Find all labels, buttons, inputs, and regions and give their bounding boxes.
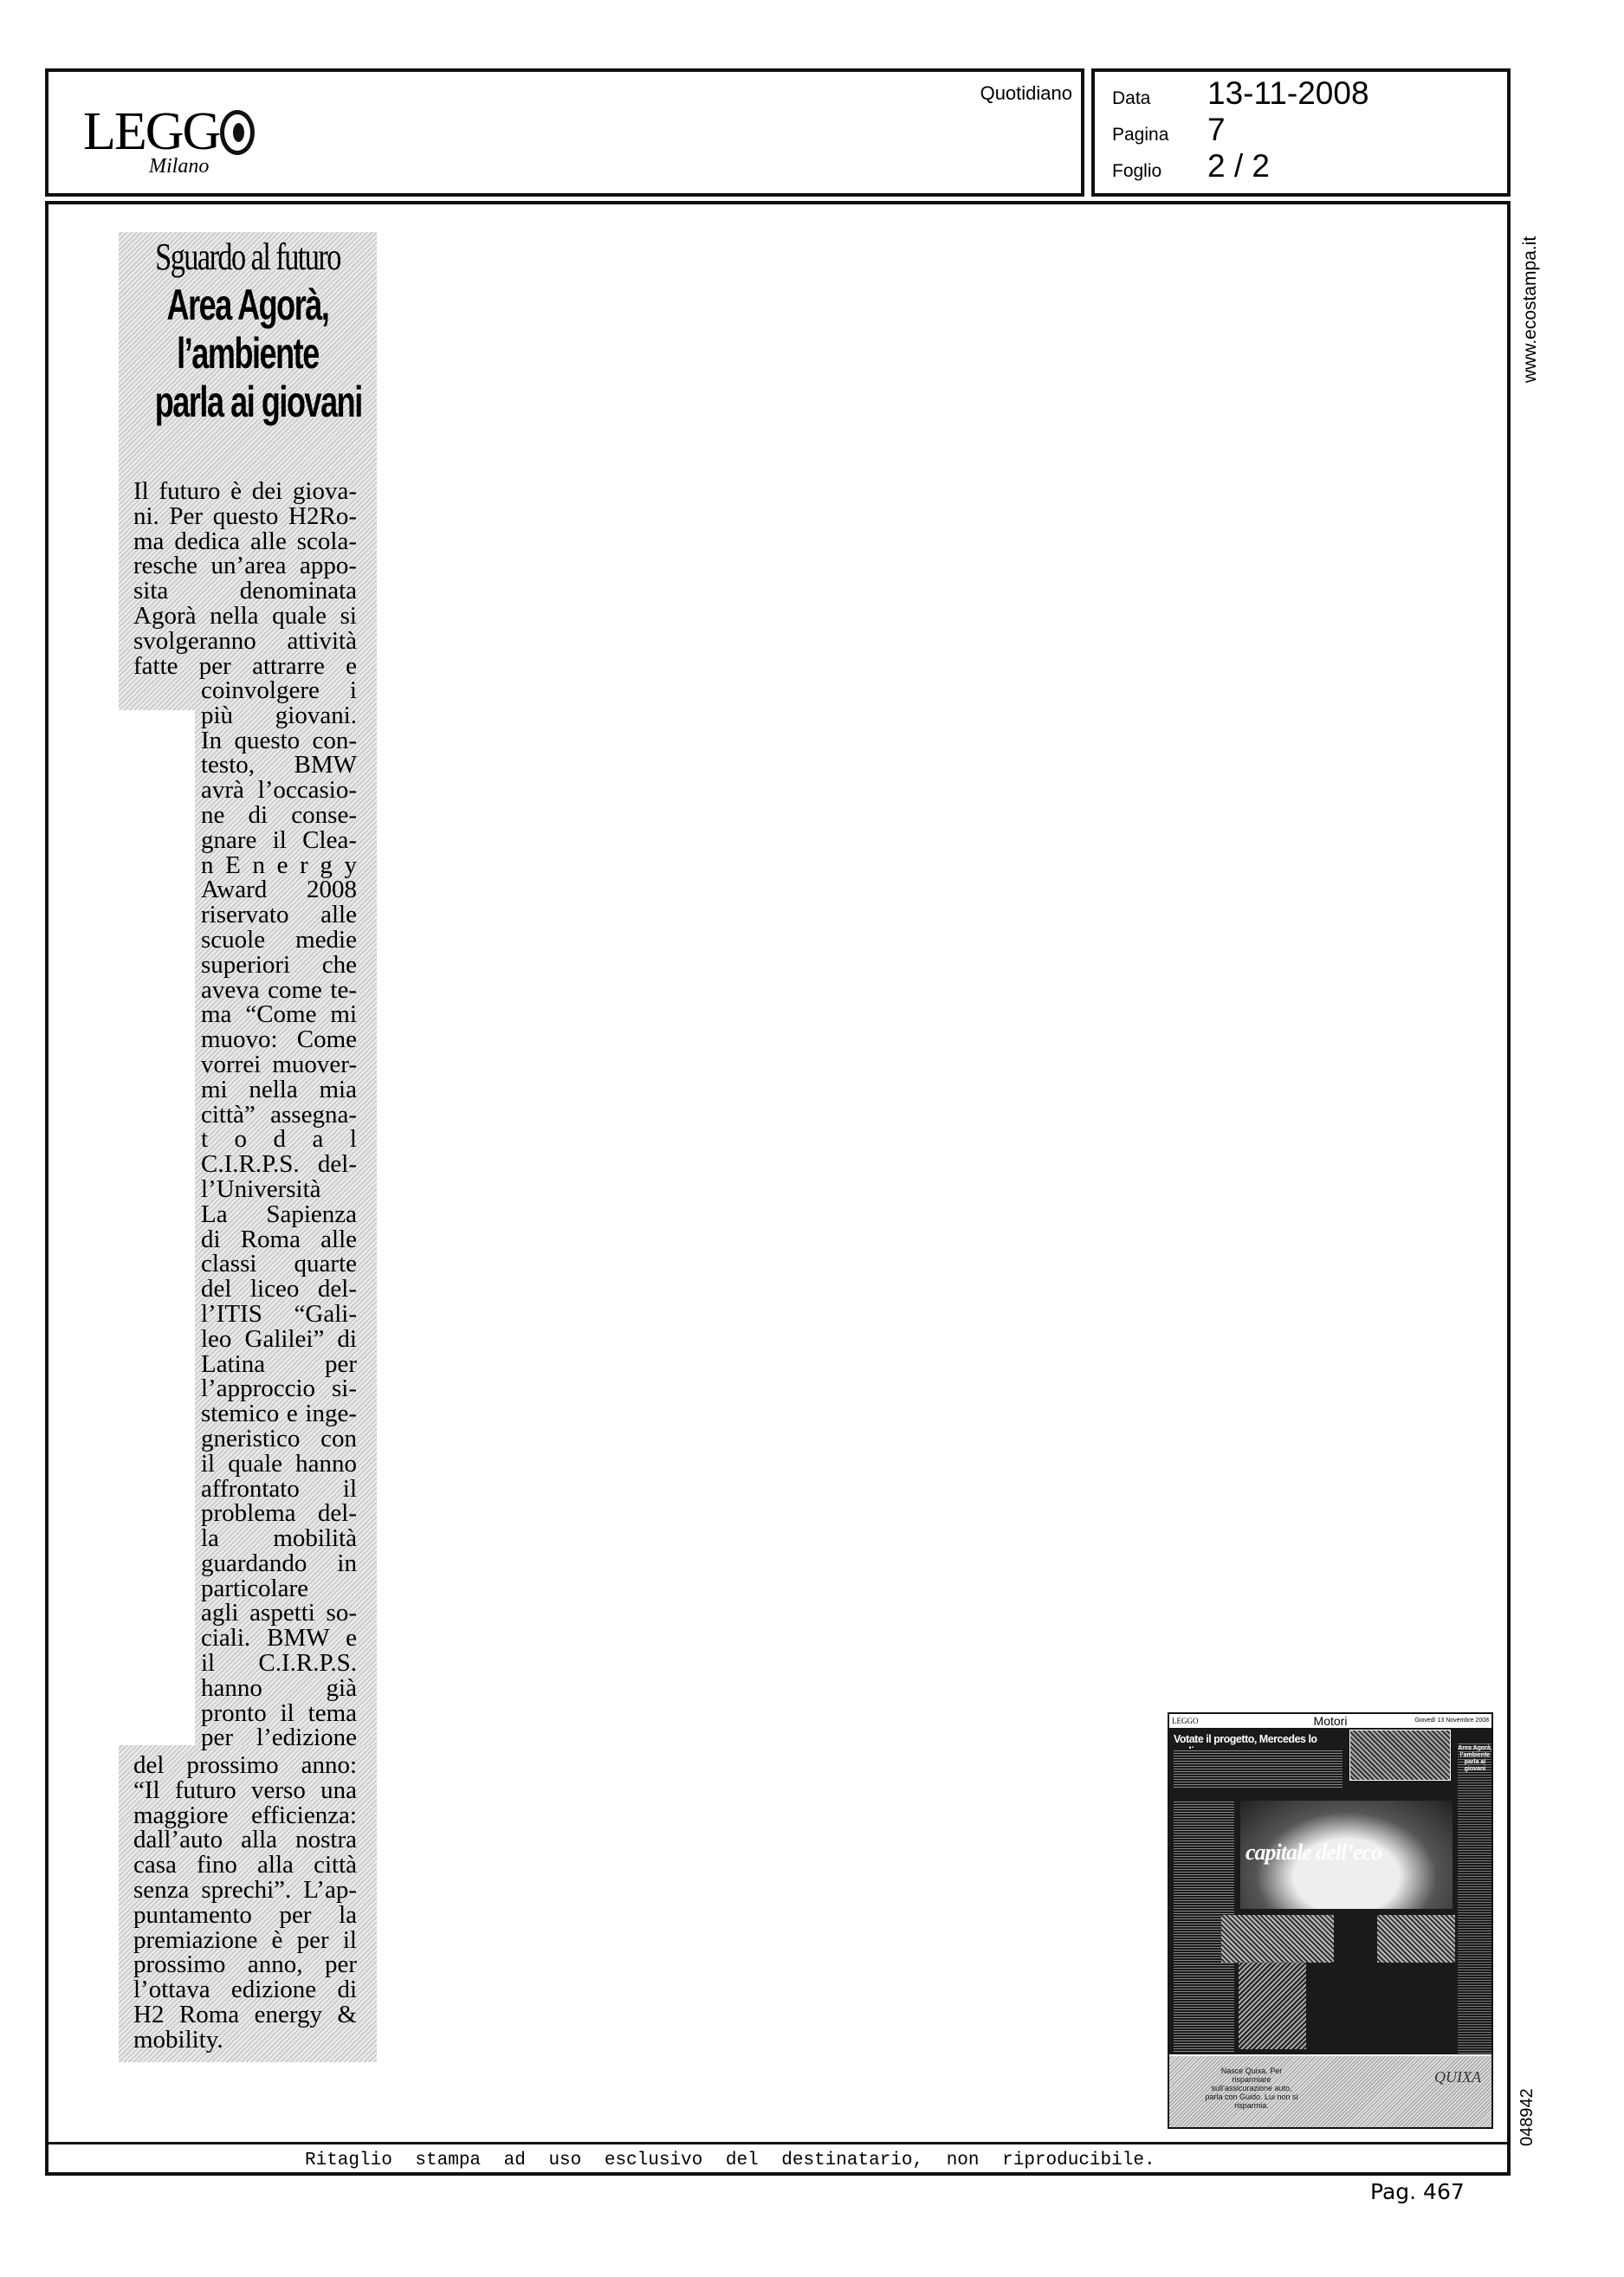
- article-body-line: mobility.: [133, 2028, 357, 2053]
- logo-letters: LEGG: [83, 105, 219, 158]
- article-body-line: fatte per attrarre e: [133, 654, 357, 679]
- thumbnail-photo: [1221, 1915, 1334, 1963]
- article-body-line: t o d a l: [201, 1127, 357, 1152]
- article-body-line: gnare il Clea-: [201, 828, 357, 853]
- publication-type: Quotidiano: [980, 82, 1072, 105]
- footer-notice: Ritaglio stampa ad uso esclusivo del des…: [305, 2151, 1155, 2170]
- article-body-line: più giovani.: [201, 703, 357, 728]
- article-body-line: casa fino alla città: [133, 1853, 357, 1878]
- logo-wordmark: LEGG: [83, 105, 255, 158]
- article-body-line: l’approccio si-: [201, 1376, 357, 1401]
- article-body-line: H2 Roma energy &: [133, 2002, 357, 2028]
- footer-divider: [45, 2142, 1511, 2144]
- article-body-line: C.I.R.P.S. del-: [201, 1152, 357, 1177]
- article-body-line: La Sapienza: [201, 1202, 357, 1227]
- article-body-line: stemico e inge-: [201, 1401, 357, 1426]
- thumbnail-masthead: LEGGO Motori Giovedì 13 Novembre 2008: [1169, 1714, 1491, 1729]
- logo-city: Milano: [149, 155, 209, 178]
- thumbnail-advert: Nasce Quixa. Per risparmiare sull’assicu…: [1169, 2054, 1491, 2127]
- article-headline: Sguardo al futuro Area Agorà, l’ambiente…: [119, 234, 377, 426]
- article-body-line: ni. Per questo H2Ro-: [133, 504, 357, 529]
- meta-label: Pagina: [1112, 125, 1207, 146]
- article-body-line: riservato alle: [201, 902, 357, 928]
- article-body-line: del liceo del-: [201, 1277, 357, 1302]
- article-title-line: parla ai giovani: [155, 378, 341, 426]
- thumbnail-text-columns: [1174, 1749, 1343, 1788]
- meta-label: Foglio: [1112, 161, 1207, 182]
- article-body-line: l’ottava edizione di: [133, 1977, 357, 2002]
- article-body-line: problema del-: [201, 1501, 357, 1526]
- article-body-line: prossimo anno, per: [133, 1952, 357, 1977]
- article-body-line: senza sprechi”. L’ap-: [133, 1878, 357, 1903]
- article-body-line: Il futuro è dei giova-: [133, 479, 357, 504]
- article-body-line: il C.I.R.P.S.: [201, 1651, 357, 1676]
- article-title-line: l’ambiente: [155, 329, 341, 378]
- article-body-line: testo, BMW: [201, 753, 357, 778]
- article-body-line: maggiore efficienza:: [133, 1803, 357, 1828]
- thumbnail-ad-text: Nasce Quixa. Per risparmiare sull’assicu…: [1204, 2067, 1299, 2110]
- leggo-logo: LEGG Milano: [83, 105, 255, 158]
- article-body-line: mi nella mia: [201, 1077, 357, 1103]
- article-body-line: muovo: Come: [201, 1027, 357, 1052]
- thumbnail-photo: [1377, 1915, 1455, 1963]
- logo-o-icon: [220, 110, 255, 155]
- article-body-line: scuole medie: [201, 928, 357, 953]
- article-body-line: ma dedica alle scola-: [133, 529, 357, 554]
- meta-value: 7: [1207, 112, 1226, 148]
- article-body-line: svolgeranno attività: [133, 629, 357, 654]
- article-body-line: coinvolgere i: [201, 678, 357, 703]
- article-kicker: Sguardo al futuro: [147, 234, 348, 281]
- article-body-line: ciali. BMW e: [201, 1626, 357, 1651]
- article-body-line: l’ITIS “Gali-: [201, 1302, 357, 1327]
- article-body-line: affrontato il: [201, 1477, 357, 1502]
- article-body-line: Agorà nella quale si: [133, 604, 357, 629]
- thumbnail-side-column: [1458, 1742, 1492, 2067]
- article-body-line: del prossimo anno:: [133, 1753, 357, 1778]
- article-body-line: “Il futuro verso una: [133, 1778, 357, 1803]
- thumbnail-side-title: Area Agorà, l’ambiente parla ai giovani: [1458, 1745, 1492, 1773]
- meta-label: Data: [1112, 88, 1207, 109]
- meta-row-page: Pagina 7: [1112, 112, 1226, 148]
- meta-value: 2 / 2: [1207, 148, 1270, 184]
- article-body-line: agli aspetti so-: [201, 1601, 357, 1626]
- article-body-line: città” assegna-: [201, 1103, 357, 1128]
- article-body-line: classi quarte: [201, 1252, 357, 1277]
- thumbnail-date: Giovedì 13 Novembre 2008: [1414, 1717, 1489, 1724]
- article-body-top: Il futuro è dei giova-ni. Per questo H2R…: [133, 479, 357, 678]
- side-website: www.ecostampa.it: [1520, 236, 1541, 383]
- article-body-line: In questo con-: [201, 728, 357, 754]
- meta-row-sheet: Foglio 2 / 2: [1112, 148, 1270, 184]
- thumbnail-photo: [1239, 1963, 1306, 2049]
- article-body-line: l’Università: [201, 1177, 357, 1202]
- meta-value: 13-11-2008: [1207, 75, 1369, 112]
- article-body-line: puntamento per la: [133, 1903, 357, 1928]
- article-body-line: ne di conse-: [201, 803, 357, 828]
- article-body-line: hanno già: [201, 1676, 357, 1701]
- article-body-line: ma “Come mi: [201, 1002, 357, 1027]
- article-body-line: aveva come te-: [201, 978, 357, 1003]
- page-number: Pag. 467: [1370, 2179, 1465, 2204]
- header-meta-box: Data 13-11-2008 Pagina 7 Foglio 2 / 2: [1091, 68, 1511, 197]
- article-body-line: di Roma alle: [201, 1227, 357, 1252]
- article-body-line: n E n e r g y: [201, 853, 357, 878]
- page-thumbnail: LEGGO Motori Giovedì 13 Novembre 2008 Vo…: [1168, 1712, 1493, 2129]
- article-body-line: pronto il tema: [201, 1701, 357, 1726]
- article-body-line: vorrei muover-: [201, 1052, 357, 1077]
- article-body-line: superiori che: [201, 953, 357, 978]
- article-title-line: Area Agorà,: [155, 281, 341, 329]
- article-body-line: gneristico con: [201, 1426, 357, 1452]
- thumbnail-car-photo: [1349, 1730, 1451, 1781]
- article-body-bottom: del prossimo anno:“Il futuro verso unama…: [133, 1753, 357, 2053]
- article-body-line: dall’auto alla nostra: [133, 1827, 357, 1853]
- article-body-line: avrà l’occasio-: [201, 778, 357, 803]
- thumbnail-ad-brand: QUIXA: [1434, 2068, 1481, 2086]
- header-publication-box: LEGG Milano Quotidiano: [45, 68, 1084, 197]
- article-body-line: premiazione è per il: [133, 1928, 357, 1953]
- article-body-narrow: coinvolgere ipiù giovani.In questo con-t…: [201, 678, 357, 1750]
- article-body-line: particolare: [201, 1576, 357, 1601]
- article-body-line: per l’edizione: [201, 1725, 357, 1750]
- side-document-code: 048942: [1517, 2088, 1537, 2146]
- meta-row-date: Data 13-11-2008: [1112, 75, 1369, 112]
- article-body-line: leo Galilei” di: [201, 1327, 357, 1352]
- article-body-line: Latina per: [201, 1352, 357, 1377]
- article-body-line: il quale hanno: [201, 1452, 357, 1477]
- article-body-line: sita denominata: [133, 579, 357, 604]
- article-body-line: la mobilità: [201, 1526, 357, 1551]
- article-body-line: resche un’area appo-: [133, 553, 357, 579]
- article-body-line: guardando in: [201, 1551, 357, 1576]
- thumbnail-feature-title: capitale dell’eco: [1245, 1840, 1381, 1866]
- article-body-line: Award 2008: [201, 877, 357, 902]
